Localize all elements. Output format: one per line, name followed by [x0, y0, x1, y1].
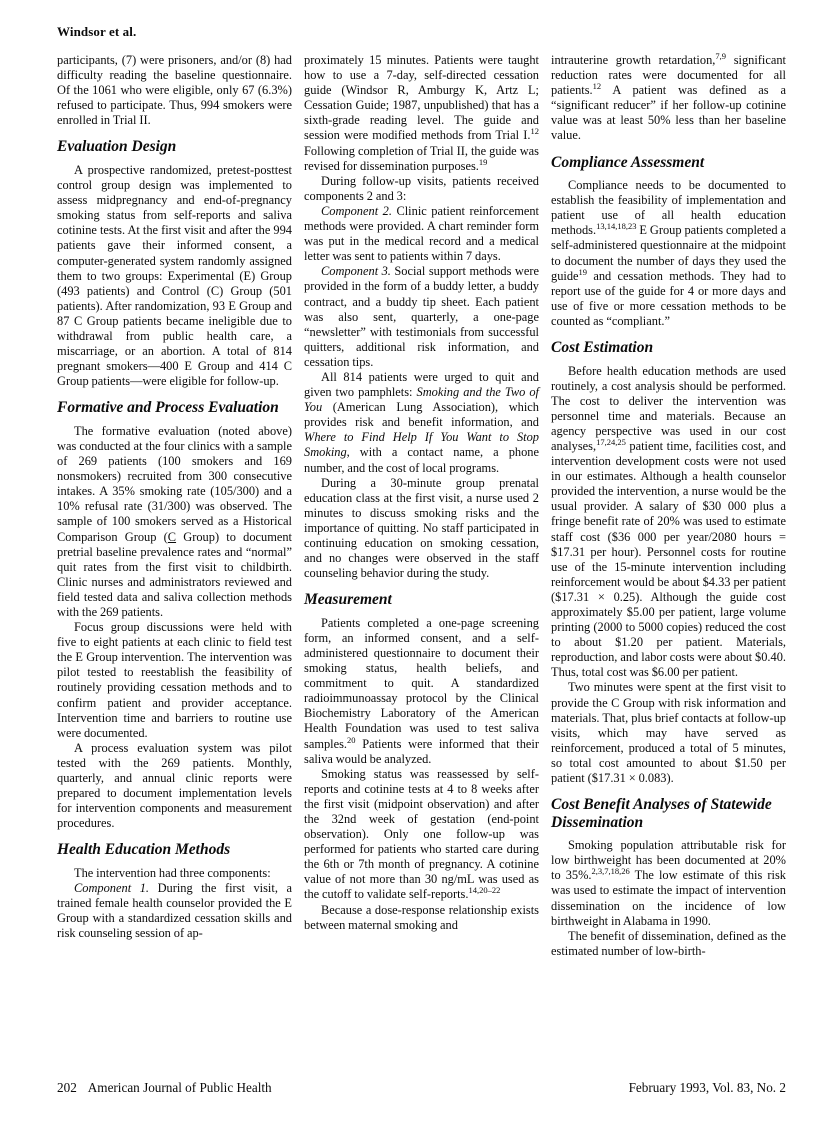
paragraph: The benefit of dissemination, defined as… [551, 929, 786, 959]
footer-issue-info: February 1993, Vol. 83, No. 2 [629, 1080, 786, 1096]
running-head: Windsor et al. [57, 24, 136, 40]
journal-article-page: Windsor et al. participants, (7) were pr… [0, 0, 816, 1124]
paragraph: Component 2. Clinic patient reinforcemen… [304, 204, 539, 264]
paragraph: Because a dose-response relationship exi… [304, 903, 539, 933]
text-column: proximately 15 minutes. Patients were ta… [304, 53, 539, 933]
paragraph: Two minutes were spent at the first visi… [551, 680, 786, 786]
section-heading: Health Education Methods [57, 841, 292, 859]
paragraph: The intervention had three components: [57, 866, 292, 881]
section-heading: Cost Benefit Analyses of Statewide Disse… [551, 796, 786, 831]
page-number: 202 [57, 1080, 77, 1095]
footer-left: 202American Journal of Public Health [57, 1080, 272, 1096]
text-column: participants, (7) were prisoners, and/or… [57, 53, 292, 941]
paragraph: Focus group discussions were held with f… [57, 620, 292, 741]
journal-name: American Journal of Public Health [88, 1080, 272, 1095]
text-column: intrauterine growth retardation,7,9 sign… [551, 53, 786, 959]
paragraph: Component 1. During the first visit, a t… [57, 881, 292, 941]
paragraph: A process evaluation system was pilot te… [57, 741, 292, 832]
article-columns: participants, (7) were prisoners, and/or… [57, 53, 787, 959]
paragraph: Patients completed a one-page screening … [304, 616, 539, 767]
paragraph: intrauterine growth retardation,7,9 sign… [551, 53, 786, 144]
section-heading: Evaluation Design [57, 138, 292, 156]
section-heading: Formative and Process Evaluation [57, 399, 292, 417]
paragraph: Before health education methods are used… [551, 364, 786, 681]
paragraph: Compliance needs to be documented to est… [551, 178, 786, 329]
paragraph: participants, (7) were prisoners, and/or… [57, 53, 292, 128]
paragraph: A prospective randomized, pretest-postte… [57, 163, 292, 389]
section-heading: Cost Estimation [551, 339, 786, 357]
paragraph: proximately 15 minutes. Patients were ta… [304, 53, 539, 174]
paragraph: The formative evaluation (noted above) w… [57, 424, 292, 620]
section-heading: Measurement [304, 591, 539, 609]
section-heading: Compliance Assessment [551, 154, 786, 172]
paragraph: During a 30-minute group prenatal educat… [304, 476, 539, 582]
paragraph: Smoking population attributable risk for… [551, 838, 786, 929]
paragraph: During follow-up visits, patients receiv… [304, 174, 539, 204]
paragraph: Component 3. Social support methods were… [304, 264, 539, 370]
paragraph: All 814 patients were urged to quit and … [304, 370, 539, 476]
paragraph: Smoking status was reassessed by self-re… [304, 767, 539, 903]
